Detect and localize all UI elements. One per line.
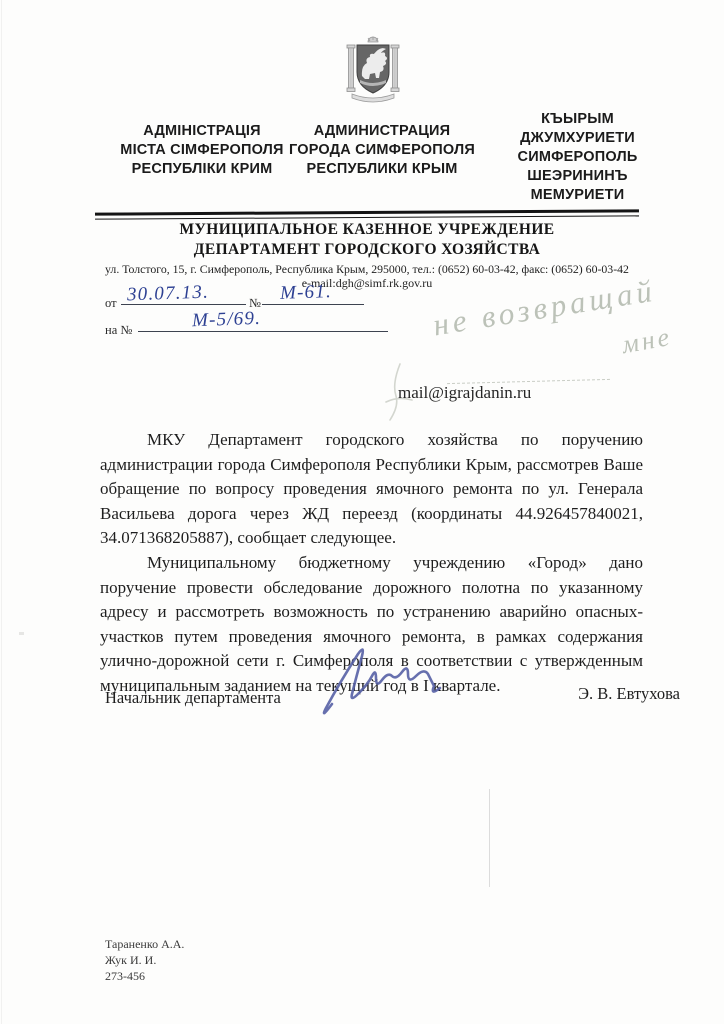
handwritten-outgoing-number: М-61. — [280, 281, 333, 305]
ref-incoming-line — [138, 311, 388, 332]
org-ru-line: РЕСПУБЛИКИ КРЫМ — [288, 160, 476, 179]
org-crh-line: МЕМУРИЕТИ — [490, 186, 665, 205]
ref-reply-label: на № — [105, 323, 132, 338]
executor-name-1: Тараненко А.А. — [105, 936, 184, 952]
faint-handwritten-note-part2: мне — [620, 322, 674, 360]
scan-artifact-left-edge — [1, 0, 2, 1024]
org-ua-line: РЕСПУБЛІКИ КРИМ — [92, 160, 312, 179]
signatory-title: Начальник департамента — [105, 688, 281, 708]
signatory-name: Э. В. Евтухова — [540, 684, 680, 704]
scan-artifact-vertical-line — [489, 789, 490, 887]
ribbon — [352, 94, 394, 102]
org-crh-line: ШЕЭРИНИНЪ — [490, 167, 665, 186]
header-divider — [95, 209, 639, 219]
org-crh-line: КЪЫРЫМ — [490, 110, 665, 129]
executor-name-2: Жук И. И. — [105, 952, 184, 968]
org-ua-line: МІСТА СІМФЕРОПОЛЯ — [92, 141, 312, 160]
scan-artifact-dot — [19, 632, 24, 635]
org-ru-line: АДМИНИСТРАЦИЯ — [288, 122, 476, 141]
body-paragraph-1: МКУ Департамент городского хозяйства по … — [100, 428, 643, 551]
crimea-coat-of-arms-emblem — [344, 36, 402, 106]
org-crh-line: СИМФЕРОПОЛЬ — [490, 148, 665, 167]
org-name-russian: АДМИНИСТРАЦИЯ ГОРОДА СИМФЕРОПОЛЯ РЕСПУБЛ… — [288, 122, 476, 179]
org-ru-line: ГОРОДА СИМФЕРОПОЛЯ — [288, 141, 476, 160]
recipient-email: mail@igrajdanin.ru — [398, 383, 531, 403]
handwritten-signature — [318, 642, 483, 722]
ref-from-label: от — [105, 296, 117, 311]
org-name-crimean-tatar: КЪЫРЫМ ДЖУМХУРИЕТИ СИМФЕРОПОЛЬ ШЕЭРИНИНЪ… — [490, 110, 665, 205]
letter-footer: Тараненко А.А. Жук И. И. 273-456 — [105, 936, 184, 984]
org-name-ukrainian: АДМІНІСТРАЦІЯ МІСТА СІМФЕРОПОЛЯ РЕСПУБЛІ… — [92, 122, 312, 179]
sun-icon — [368, 37, 378, 43]
handwritten-date: 30.07.13. — [127, 282, 210, 307]
left-column — [347, 45, 355, 92]
org-crh-line: ДЖУМХУРИЕТИ — [490, 129, 665, 148]
executor-phone: 273-456 — [105, 968, 184, 984]
institution-address: ул. Толстого, 15, г. Симферополь, Респуб… — [60, 262, 674, 277]
scanned-official-letter: АДМІНІСТРАЦІЯ МІСТА СІМФЕРОПОЛЯ РЕСПУБЛІ… — [0, 0, 724, 1024]
handwritten-incoming-number: М-5/69. — [192, 308, 262, 332]
right-column — [391, 45, 399, 92]
institution-name-line2: ДЕПАРТАМЕНТ ГОРОДСКОГО ХОЗЯЙСТВА — [95, 241, 639, 259]
institution-name-line1: МУНИЦИПАЛЬНОЕ КАЗЕННОЕ УЧРЕЖДЕНИЕ — [95, 221, 639, 239]
org-ua-line: АДМІНІСТРАЦІЯ — [92, 122, 312, 141]
